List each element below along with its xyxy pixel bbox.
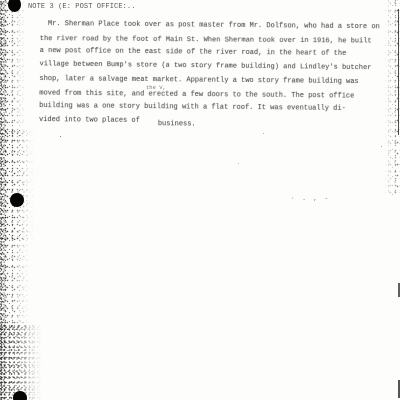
scan-edge-line-right	[398, 9, 400, 135]
stray-speck	[263, 133, 264, 134]
scan-noise-left-top	[0, 0, 26, 140]
hole-punch-dot-top	[8, 0, 21, 12]
scan-noise-left-core	[0, 0, 7, 400]
scan-noise-left-bottom	[0, 325, 42, 400]
typed-paragraph: Mr. Sherman Place took over as post mast…	[39, 18, 388, 131]
scan-noise-left-lower	[0, 235, 30, 330]
typed-line: the river road by the foot of Main St. W…	[40, 33, 388, 49]
stray-speck	[381, 146, 382, 147]
stray-speck	[238, 163, 239, 164]
scanned-document-page: NOTE 3 (E: POST OFFICE:.. Mr. Sherman Pl…	[0, 0, 400, 400]
stray-scan-mark: · . , -	[291, 195, 330, 202]
typed-header-line: NOTE 3 (E: POST OFFICE:..	[28, 3, 136, 11]
stray-speck	[60, 136, 61, 137]
scan-noise-left-middle	[0, 130, 34, 240]
interlinear-pencil-note: the V,	[146, 84, 166, 91]
typed-line-last-end: business.	[158, 118, 196, 132]
typed-line-last-start: vided into two places of	[39, 116, 140, 125]
hole-punch-dot-middle	[10, 193, 24, 207]
hole-punch-dot-bottom	[13, 391, 27, 400]
